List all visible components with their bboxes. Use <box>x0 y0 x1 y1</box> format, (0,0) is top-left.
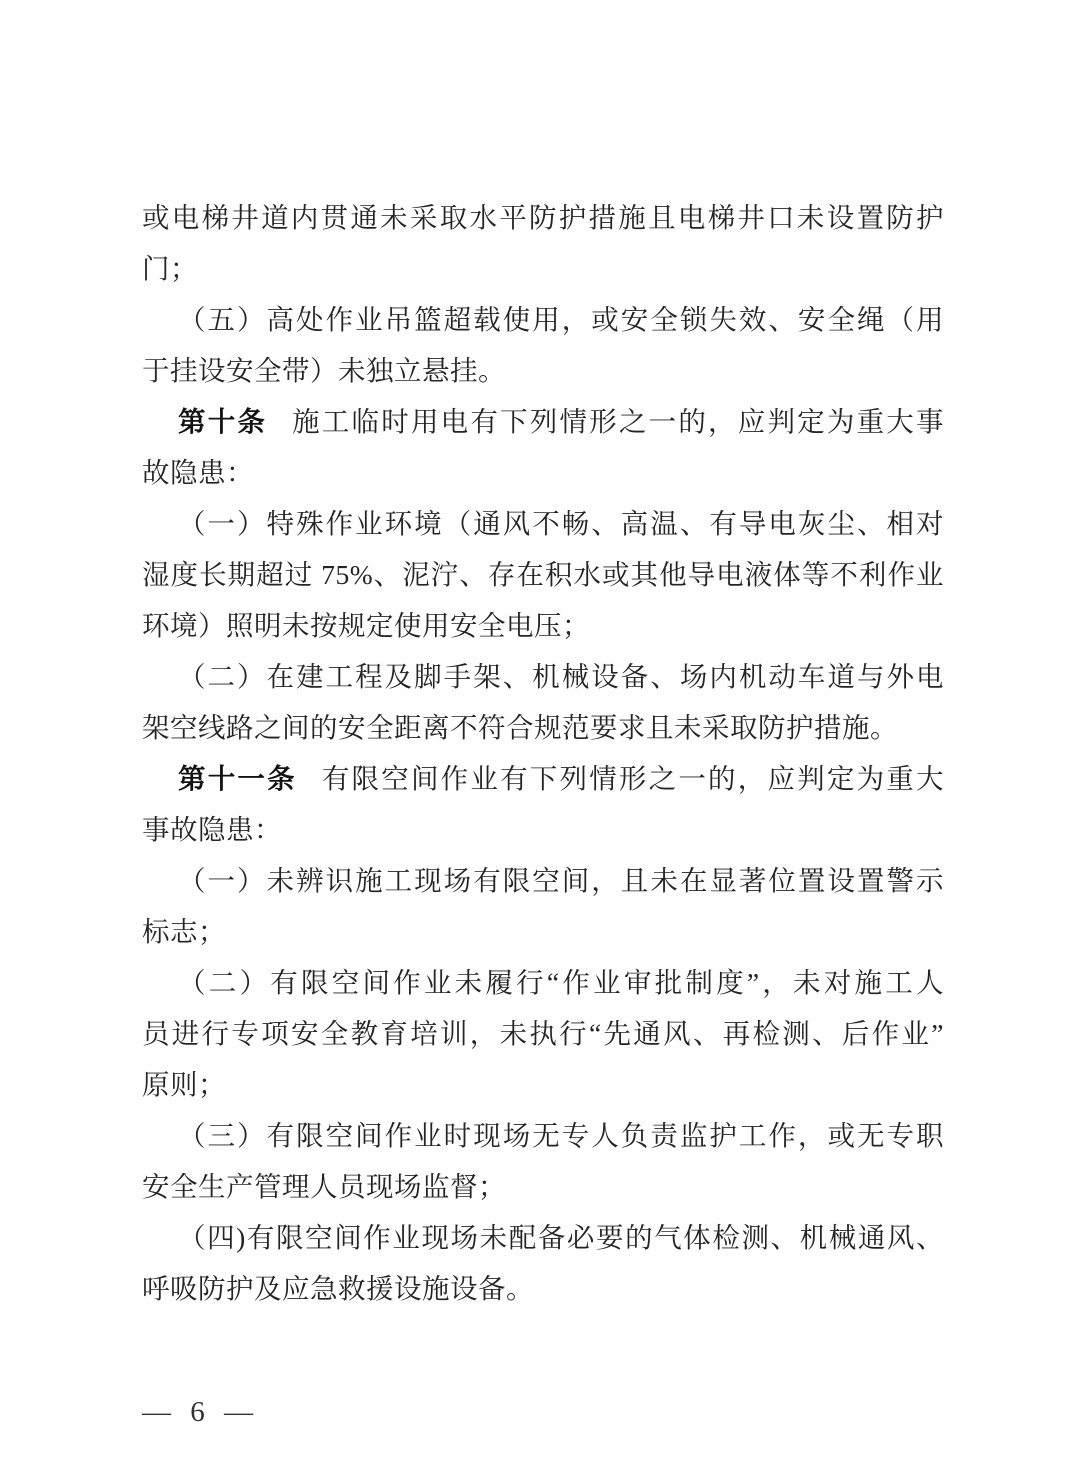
document-line: （四)有限空间作业现场未配备必要的气体检测、机械通风、 <box>142 1212 944 1263</box>
document-line: （一）特殊作业环境（通风不畅、高温、有导电灰尘、相对 <box>142 498 944 549</box>
document-line: （二）在建工程及脚手架、机械设备、场内机动车道与外电 <box>142 651 944 702</box>
document-line: 或电梯井道内贯通未采取水平防护措施且电梯井口未设置防护 <box>142 192 944 243</box>
document-line: 标志； <box>142 906 944 957</box>
article-11-heading-text: 有限空间作业有下列情形之一的，应判定为重大 <box>322 763 944 794</box>
document-line: 环境）照明未按规定使用安全电压； <box>142 600 944 651</box>
article-10-heading-text: 施工临时用电有下列情形之一的，应判定为重大事 <box>292 406 944 437</box>
article-11-heading: 第十一条有限空间作业有下列情形之一的，应判定为重大 <box>142 753 944 804</box>
document-line: 于挂设安全带）未独立悬挂。 <box>142 345 944 396</box>
document-line: 门； <box>142 243 944 294</box>
document-line: （一）未辨识施工现场有限空间，且未在显著位置设置警示 <box>142 855 944 906</box>
document-line: 安全生产管理人员现场监督； <box>142 1161 944 1212</box>
document-line: 故隐患： <box>142 447 944 498</box>
document-line: 原则； <box>142 1059 944 1110</box>
document-line: （五）高处作业吊篮超载使用，或安全锁失效、安全绳（用 <box>142 294 944 345</box>
document-line: （二）有限空间作业未履行“作业审批制度”，未对施工人 <box>142 957 944 1008</box>
document-body: 或电梯井道内贯通未采取水平防护措施且电梯井口未设置防护 门； （五）高处作业吊篮… <box>142 192 944 1314</box>
document-line: 架空线路之间的安全距离不符合规范要求且未采取防护措施。 <box>142 702 944 753</box>
document-page: 或电梯井道内贯通未采取水平防护措施且电梯井口未设置防护 门； （五）高处作业吊篮… <box>0 0 1080 1462</box>
document-line: 湿度长期超过 75%、泥泞、存在积水或其他导电液体等不利作业 <box>142 549 944 600</box>
article-11-number: 第十一条 <box>178 763 297 794</box>
document-line: 呼吸防护及应急救援设施设备。 <box>142 1263 944 1314</box>
page-number: — 6 — <box>142 1396 259 1429</box>
document-line: （三）有限空间作业时现场无专人负责监护工作，或无专职 <box>142 1110 944 1161</box>
document-line: 事故隐患： <box>142 804 944 855</box>
article-10-heading: 第十条施工临时用电有下列情形之一的，应判定为重大事 <box>142 396 944 447</box>
document-line: 员进行专项安全教育培训，未执行“先通风、再检测、后作业” <box>142 1008 944 1059</box>
article-10-number: 第十条 <box>178 406 267 437</box>
